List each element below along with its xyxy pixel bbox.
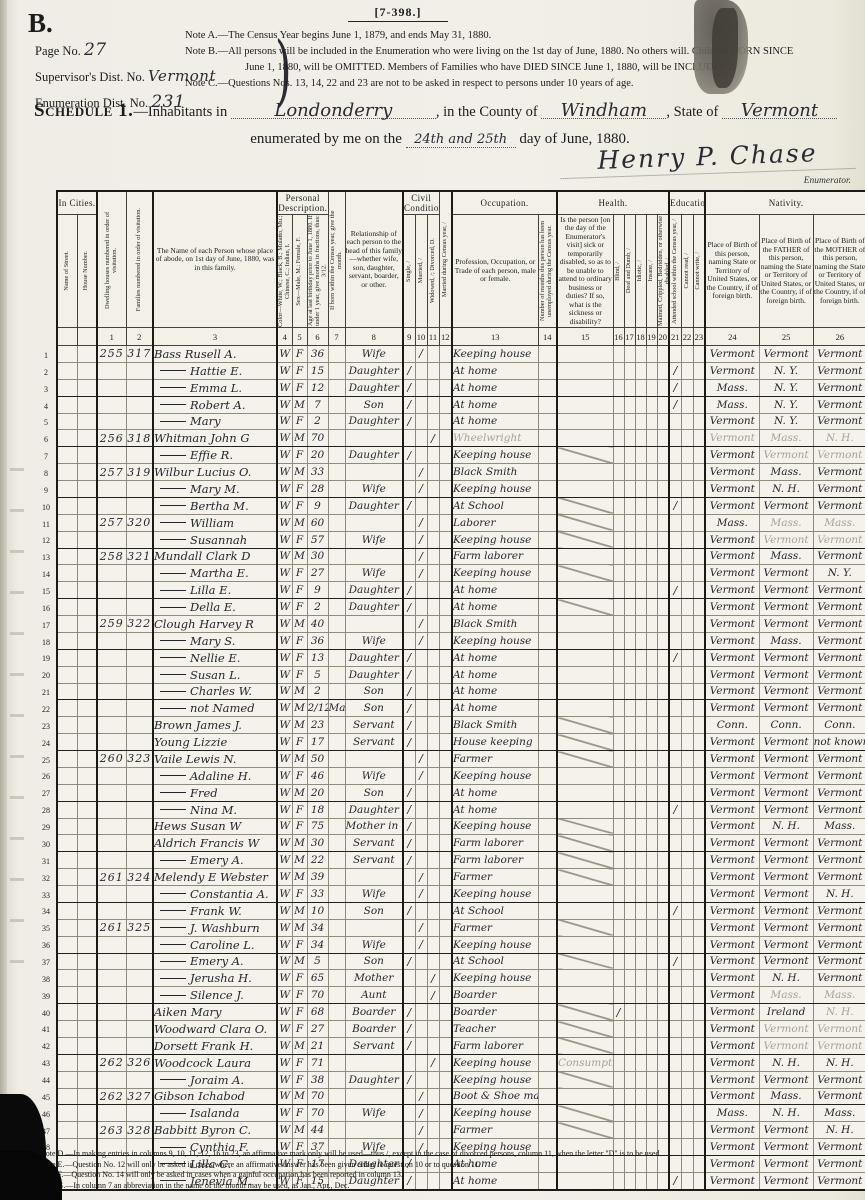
cell-color: W bbox=[277, 632, 292, 649]
cell-widowed-mark bbox=[427, 616, 439, 633]
cell-married-census-year-mark bbox=[439, 1037, 452, 1054]
cell-color: W bbox=[277, 447, 292, 464]
cell-street bbox=[57, 717, 77, 734]
cell-married-mark bbox=[415, 700, 427, 717]
cell-color: W bbox=[277, 869, 292, 886]
cell-cannot-read-mark bbox=[681, 379, 693, 396]
cell-color: W bbox=[277, 430, 292, 447]
note-c: Note C.—Questions Nos. 13, 14, 22 and 23… bbox=[185, 76, 850, 91]
cell-married-mark: ∕ bbox=[415, 751, 427, 768]
cell-birthplace-person: Vermont bbox=[705, 481, 759, 498]
cell-person-name: Dorsett Frank H. bbox=[153, 1037, 277, 1054]
cell-house-number bbox=[77, 632, 97, 649]
table-row: FredWM20Son∕At homeVermontVermontVermont bbox=[57, 784, 865, 801]
table-row: Brown James J.WM23Servant∕Black SmithCon… bbox=[57, 717, 865, 734]
cell-birth-month bbox=[328, 666, 345, 683]
cell-sickness bbox=[557, 852, 613, 869]
cell-family-number bbox=[126, 936, 153, 953]
cell-married-census-year-mark bbox=[439, 413, 452, 430]
cell-birth-month bbox=[328, 497, 345, 514]
cell-cannot-read-mark bbox=[681, 548, 693, 565]
cell-blind-mark bbox=[613, 616, 624, 633]
cell-birthplace-father: N. Y. bbox=[759, 396, 813, 413]
cell-cannot-write-mark bbox=[693, 413, 705, 430]
cell-street bbox=[57, 666, 77, 683]
cell-maimed-mark bbox=[657, 565, 669, 582]
cell-married-census-year-mark bbox=[439, 616, 452, 633]
row-number: 40 bbox=[36, 1006, 56, 1023]
cell-house-number bbox=[77, 902, 97, 919]
header-notes: Note A.—The Census Year begins June 1, 1… bbox=[185, 28, 850, 92]
col-header-age: Age at last birthday prior to June 1, 18… bbox=[307, 215, 328, 328]
cell-relationship: Daughter bbox=[345, 599, 403, 616]
cell-married-mark bbox=[415, 430, 427, 447]
row-numbers-left: 1234567891011121314151617181920212223242… bbox=[36, 190, 56, 1191]
cell-birthplace-mother: Vermont bbox=[813, 464, 865, 481]
cell-dwelling-number bbox=[97, 801, 126, 818]
cell-widowed-mark bbox=[427, 852, 439, 869]
cell-attended-school-mark bbox=[669, 1105, 681, 1122]
table-row: Hattie E.WF15Daughter∕At home∕VermontN. … bbox=[57, 362, 865, 379]
cell-insane-mark bbox=[646, 1122, 657, 1139]
cell-street bbox=[57, 379, 77, 396]
cell-cannot-read-mark bbox=[681, 599, 693, 616]
cell-occupation: At home bbox=[452, 396, 538, 413]
table-row: Aldrich Francis WWM30Servant∕Farm labore… bbox=[57, 835, 865, 852]
cell-birthplace-mother: Vermont bbox=[813, 784, 865, 801]
cell-attended-school-mark bbox=[669, 632, 681, 649]
row-number: 28 bbox=[36, 803, 56, 820]
table-row: Nina M.WF18Daughter∕At home∕VermontVermo… bbox=[57, 801, 865, 818]
cell-sex: F bbox=[292, 936, 307, 953]
enumeration-dates: 24th and 25th bbox=[406, 133, 516, 148]
cell-months-unemployed bbox=[538, 632, 557, 649]
cell-age: 27 bbox=[307, 565, 328, 582]
cell-cannot-write-mark bbox=[693, 565, 705, 582]
cell-color: W bbox=[277, 734, 292, 751]
cell-married-census-year-mark bbox=[439, 1071, 452, 1088]
cell-months-unemployed bbox=[538, 1004, 557, 1021]
cell-married-mark bbox=[415, 784, 427, 801]
cell-maimed-mark bbox=[657, 1071, 669, 1088]
cell-deaf-dumb-mark bbox=[624, 666, 635, 683]
cell-blind-mark bbox=[613, 717, 624, 734]
cell-attended-school-mark bbox=[669, 970, 681, 987]
cell-house-number bbox=[77, 1122, 97, 1139]
cell-birthplace-person: Vermont bbox=[705, 1088, 759, 1105]
cell-birthplace-mother: Vermont bbox=[813, 616, 865, 633]
cell-birthplace-father: Mass. bbox=[759, 632, 813, 649]
cell-attended-school-mark bbox=[669, 413, 681, 430]
cell-widowed-mark bbox=[427, 1122, 439, 1139]
cell-blind-mark bbox=[613, 565, 624, 582]
cell-married-census-year-mark bbox=[439, 751, 452, 768]
cell-street bbox=[57, 835, 77, 852]
cell-birthplace-mother: N. H. bbox=[813, 886, 865, 903]
cell-birth-month bbox=[328, 464, 345, 481]
cell-sex: F bbox=[292, 531, 307, 548]
cell-sex: M bbox=[292, 717, 307, 734]
cell-occupation: Keeping house bbox=[452, 447, 538, 464]
col-number-20: 20 bbox=[657, 328, 669, 346]
cell-age: 2 bbox=[307, 599, 328, 616]
cell-street bbox=[57, 886, 77, 903]
cell-occupation: At home bbox=[452, 599, 538, 616]
cell-maimed-mark bbox=[657, 447, 669, 464]
col-number-19: 19 bbox=[646, 328, 657, 346]
form-number: [7-398.] bbox=[348, 5, 448, 22]
cell-occupation: Keeping house bbox=[452, 346, 538, 363]
cell-sickness bbox=[557, 1004, 613, 1021]
cell-idiotic-mark bbox=[635, 970, 646, 987]
cell-birthplace-father: Vermont bbox=[759, 886, 813, 903]
cell-single-mark: ∕ bbox=[403, 784, 415, 801]
cell-family-number bbox=[126, 886, 153, 903]
row-number: 33 bbox=[36, 888, 56, 905]
cell-cannot-write-mark bbox=[693, 599, 705, 616]
cell-insane-mark bbox=[646, 734, 657, 751]
cell-family-number bbox=[126, 734, 153, 751]
cell-idiotic-mark bbox=[635, 1054, 646, 1071]
cell-maimed-mark bbox=[657, 464, 669, 481]
cell-idiotic-mark bbox=[635, 869, 646, 886]
cell-single-mark: ∕ bbox=[403, 1021, 415, 1038]
cell-birthplace-person: Vermont bbox=[705, 818, 759, 835]
cell-deaf-dumb-mark bbox=[624, 1021, 635, 1038]
col-header-birthplace-mother: Place of Birth of the MOTHER of this per… bbox=[813, 215, 865, 328]
cell-attended-school-mark: ∕ bbox=[669, 497, 681, 514]
cell-deaf-dumb-mark bbox=[624, 751, 635, 768]
cell-single-mark: ∕ bbox=[403, 953, 415, 970]
cell-attended-school-mark bbox=[669, 987, 681, 1004]
cell-birthplace-person: Vermont bbox=[705, 936, 759, 953]
cell-cannot-write-mark bbox=[693, 801, 705, 818]
cell-house-number bbox=[77, 987, 97, 1004]
cell-birthplace-person: Vermont bbox=[705, 413, 759, 430]
cell-relationship: Wife bbox=[345, 1105, 403, 1122]
cell-relationship: Daughter bbox=[345, 497, 403, 514]
cell-deaf-dumb-mark bbox=[624, 953, 635, 970]
cell-birthplace-person: Vermont bbox=[705, 801, 759, 818]
cell-widowed-mark bbox=[427, 1105, 439, 1122]
cell-months-unemployed bbox=[538, 396, 557, 413]
cell-color: W bbox=[277, 497, 292, 514]
schedule-label: Schedule 1. bbox=[34, 100, 133, 121]
cell-person-name: Nina M. bbox=[153, 801, 277, 818]
cell-insane-mark bbox=[646, 751, 657, 768]
cell-maimed-mark bbox=[657, 1021, 669, 1038]
cell-married-mark bbox=[415, 902, 427, 919]
col-header-married: Married, / bbox=[415, 215, 427, 328]
cell-family-number bbox=[126, 683, 153, 700]
cell-birthplace-person: Vermont bbox=[705, 548, 759, 565]
cell-family-number: 328 bbox=[126, 1122, 153, 1139]
cell-sex: M bbox=[292, 784, 307, 801]
cell-single-mark bbox=[403, 514, 415, 531]
cell-widowed-mark bbox=[427, 886, 439, 903]
cell-birth-month bbox=[328, 734, 345, 751]
cell-deaf-dumb-mark bbox=[624, 801, 635, 818]
cell-occupation: At home bbox=[452, 413, 538, 430]
cell-house-number bbox=[77, 953, 97, 970]
cell-sex: F bbox=[292, 1054, 307, 1071]
cell-person-name: Fred bbox=[153, 784, 277, 801]
cell-cannot-read-mark bbox=[681, 852, 693, 869]
col-header-widowed: Widowed, /; Divorced, D. bbox=[427, 215, 439, 328]
cell-cannot-write-mark bbox=[693, 497, 705, 514]
col-header-months-unemployed: Number of months this person has been un… bbox=[538, 215, 557, 328]
cell-house-number bbox=[77, 869, 97, 886]
col-header-blind: Blind, / bbox=[613, 215, 624, 328]
cell-dwelling-number bbox=[97, 497, 126, 514]
cell-insane-mark bbox=[646, 801, 657, 818]
cell-months-unemployed bbox=[538, 970, 557, 987]
row-number: 3 bbox=[36, 382, 56, 399]
cell-sickness bbox=[557, 481, 613, 498]
cell-sickness bbox=[557, 767, 613, 784]
cell-months-unemployed bbox=[538, 616, 557, 633]
cell-occupation: At home bbox=[452, 683, 538, 700]
cell-married-census-year-mark bbox=[439, 464, 452, 481]
cell-sickness bbox=[557, 1122, 613, 1139]
cell-sex: F bbox=[292, 1004, 307, 1021]
cell-sex: F bbox=[292, 1105, 307, 1122]
cell-person-name: Aiken Mary bbox=[153, 1004, 277, 1021]
cell-relationship bbox=[345, 1054, 403, 1071]
cell-relationship: Daughter bbox=[345, 1071, 403, 1088]
cell-widowed-mark bbox=[427, 717, 439, 734]
cell-idiotic-mark bbox=[635, 649, 646, 666]
cell-color: W bbox=[277, 531, 292, 548]
cell-maimed-mark bbox=[657, 481, 669, 498]
cell-insane-mark bbox=[646, 599, 657, 616]
cell-person-name: Hattie E. bbox=[153, 362, 277, 379]
cell-maimed-mark bbox=[657, 1037, 669, 1054]
cell-months-unemployed bbox=[538, 919, 557, 936]
cell-insane-mark bbox=[646, 886, 657, 903]
cell-maimed-mark bbox=[657, 396, 669, 413]
cell-occupation: Keeping house bbox=[452, 1071, 538, 1088]
cell-sickness bbox=[557, 936, 613, 953]
cell-months-unemployed bbox=[538, 666, 557, 683]
col-number-26: 26 bbox=[813, 328, 865, 346]
cell-insane-mark bbox=[646, 649, 657, 666]
cell-sickness bbox=[557, 346, 613, 363]
cell-married-census-year-mark bbox=[439, 970, 452, 987]
cell-idiotic-mark bbox=[635, 683, 646, 700]
cell-dwelling-number bbox=[97, 649, 126, 666]
cell-cannot-write-mark bbox=[693, 531, 705, 548]
cell-dwelling-number bbox=[97, 835, 126, 852]
cell-relationship: Daughter bbox=[345, 801, 403, 818]
cell-birthplace-person: Vermont bbox=[705, 751, 759, 768]
cell-widowed-mark bbox=[427, 497, 439, 514]
cell-blind-mark bbox=[613, 818, 624, 835]
cell-color: W bbox=[277, 936, 292, 953]
cell-birth-month bbox=[328, 970, 345, 987]
cell-birthplace-person: Mass. bbox=[705, 379, 759, 396]
cell-blind-mark bbox=[613, 852, 624, 869]
cell-cannot-write-mark bbox=[693, 683, 705, 700]
cell-single-mark: ∕ bbox=[403, 683, 415, 700]
cell-cannot-read-mark bbox=[681, 346, 693, 363]
cell-married-census-year-mark bbox=[439, 346, 452, 363]
row-number: 19 bbox=[36, 651, 56, 668]
cell-color: W bbox=[277, 396, 292, 413]
cell-birthplace-father: Vermont bbox=[759, 346, 813, 363]
cell-color: W bbox=[277, 700, 292, 717]
cell-birth-month bbox=[328, 1054, 345, 1071]
cell-family-number bbox=[126, 632, 153, 649]
cell-person-name: Babbitt Byron C. bbox=[153, 1122, 277, 1139]
cell-married-mark: ∕ bbox=[415, 632, 427, 649]
cell-color: W bbox=[277, 784, 292, 801]
cell-family-number bbox=[126, 902, 153, 919]
cell-house-number bbox=[77, 818, 97, 835]
cell-cannot-read-mark bbox=[681, 869, 693, 886]
cell-maimed-mark bbox=[657, 700, 669, 717]
col-number-2: 2 bbox=[126, 328, 153, 346]
cell-cannot-read-mark bbox=[681, 1088, 693, 1105]
cell-color: W bbox=[277, 1004, 292, 1021]
cell-deaf-dumb-mark bbox=[624, 734, 635, 751]
cell-deaf-dumb-mark bbox=[624, 514, 635, 531]
cell-maimed-mark bbox=[657, 548, 669, 565]
cell-birthplace-mother: Vermont bbox=[813, 852, 865, 869]
cell-relationship: Boarder bbox=[345, 1021, 403, 1038]
cell-maimed-mark bbox=[657, 362, 669, 379]
cell-months-unemployed bbox=[538, 497, 557, 514]
cell-blind-mark bbox=[613, 767, 624, 784]
cell-deaf-dumb-mark bbox=[624, 852, 635, 869]
cell-occupation: Keeping house bbox=[452, 531, 538, 548]
group-civil-condition: Civil Condition. bbox=[403, 191, 439, 215]
cell-color: W bbox=[277, 413, 292, 430]
cell-birthplace-father: Vermont bbox=[759, 1122, 813, 1139]
cell-color: W bbox=[277, 886, 292, 903]
cell-street bbox=[57, 632, 77, 649]
cell-married-mark bbox=[415, 970, 427, 987]
cell-color: W bbox=[277, 717, 292, 734]
cell-person-name: Bertha M. bbox=[153, 497, 277, 514]
cell-birth-month bbox=[328, 767, 345, 784]
cell-cannot-read-mark bbox=[681, 531, 693, 548]
cell-attended-school-mark: ∕ bbox=[669, 902, 681, 919]
cell-months-unemployed bbox=[538, 447, 557, 464]
table-row: Young LizzieWF17Servant∕House keepingVer… bbox=[57, 734, 865, 751]
cell-blind-mark bbox=[613, 936, 624, 953]
page-corner-letter: B. bbox=[28, 8, 53, 39]
cell-dwelling-number bbox=[97, 481, 126, 498]
cell-street bbox=[57, 1071, 77, 1088]
cell-idiotic-mark bbox=[635, 734, 646, 751]
cell-birthplace-mother: Vermont bbox=[813, 767, 865, 784]
cell-house-number bbox=[77, 413, 97, 430]
cell-age: 9 bbox=[307, 497, 328, 514]
row-number: 32 bbox=[36, 871, 56, 888]
cell-deaf-dumb-mark bbox=[624, 447, 635, 464]
cell-relationship bbox=[345, 430, 403, 447]
cell-sickness bbox=[557, 565, 613, 582]
cell-dwelling-number bbox=[97, 1004, 126, 1021]
cell-blind-mark bbox=[613, 683, 624, 700]
cell-sickness bbox=[557, 1105, 613, 1122]
cell-dwelling-number: 255 bbox=[97, 346, 126, 363]
cell-blind-mark: ∕ bbox=[613, 1004, 624, 1021]
cell-deaf-dumb-mark bbox=[624, 1088, 635, 1105]
cell-single-mark bbox=[403, 531, 415, 548]
cell-months-unemployed bbox=[538, 1021, 557, 1038]
cell-maimed-mark bbox=[657, 902, 669, 919]
cell-married-census-year-mark bbox=[439, 767, 452, 784]
cell-birthplace-father: Mass. bbox=[759, 514, 813, 531]
cell-sex: F bbox=[292, 734, 307, 751]
cell-cannot-read-mark bbox=[681, 1037, 693, 1054]
cell-age: 13 bbox=[307, 649, 328, 666]
cell-married-census-year-mark bbox=[439, 886, 452, 903]
cell-insane-mark bbox=[646, 548, 657, 565]
cell-age: 12 bbox=[307, 379, 328, 396]
cell-insane-mark bbox=[646, 717, 657, 734]
cell-deaf-dumb-mark bbox=[624, 649, 635, 666]
cell-birthplace-father: N. H. bbox=[759, 1054, 813, 1071]
cell-married-census-year-mark bbox=[439, 700, 452, 717]
cell-sex: M bbox=[292, 396, 307, 413]
cell-deaf-dumb-mark bbox=[624, 616, 635, 633]
col-header-profession: Profession, Occupation, or Trade of each… bbox=[452, 215, 538, 328]
cell-street bbox=[57, 616, 77, 633]
cell-street bbox=[57, 818, 77, 835]
col-header-cannot-write: Cannot write, / bbox=[693, 215, 705, 328]
col-number-22: 22 bbox=[681, 328, 693, 346]
cell-birthplace-person: Vermont bbox=[705, 919, 759, 936]
cell-single-mark bbox=[403, 1088, 415, 1105]
cell-widowed-mark bbox=[427, 481, 439, 498]
cell-street bbox=[57, 1122, 77, 1139]
cell-single-mark: ∕ bbox=[403, 852, 415, 869]
cell-sex: F bbox=[292, 1021, 307, 1038]
cell-person-name: Woodcock Laura bbox=[153, 1054, 277, 1071]
cell-blind-mark bbox=[613, 396, 624, 413]
cell-house-number bbox=[77, 531, 97, 548]
cell-birthplace-mother: Vermont bbox=[813, 447, 865, 464]
cell-dwelling-number bbox=[97, 413, 126, 430]
cell-months-unemployed bbox=[538, 1122, 557, 1139]
cell-insane-mark bbox=[646, 869, 657, 886]
cell-insane-mark bbox=[646, 767, 657, 784]
cell-street bbox=[57, 919, 77, 936]
cell-single-mark: ∕ bbox=[403, 1004, 415, 1021]
cell-idiotic-mark bbox=[635, 531, 646, 548]
place-fill-in: Londonderry bbox=[231, 104, 436, 119]
cell-single-mark: ∕ bbox=[403, 413, 415, 430]
cell-maimed-mark bbox=[657, 886, 669, 903]
cell-color: W bbox=[277, 379, 292, 396]
col-header-cannot-read: Cannot read, / bbox=[681, 215, 693, 328]
cell-street bbox=[57, 531, 77, 548]
cell-idiotic-mark bbox=[635, 1004, 646, 1021]
cell-married-census-year-mark bbox=[439, 666, 452, 683]
cell-attended-school-mark: ∕ bbox=[669, 582, 681, 599]
cell-single-mark bbox=[403, 464, 415, 481]
cell-birth-month bbox=[328, 801, 345, 818]
cell-sickness bbox=[557, 1071, 613, 1088]
cell-cannot-write-mark bbox=[693, 430, 705, 447]
cell-attended-school-mark bbox=[669, 734, 681, 751]
table-row: Hews Susan WWF75Mother in law∕Keeping ho… bbox=[57, 818, 865, 835]
cell-person-name: Mary bbox=[153, 413, 277, 430]
cell-married-census-year-mark bbox=[439, 514, 452, 531]
